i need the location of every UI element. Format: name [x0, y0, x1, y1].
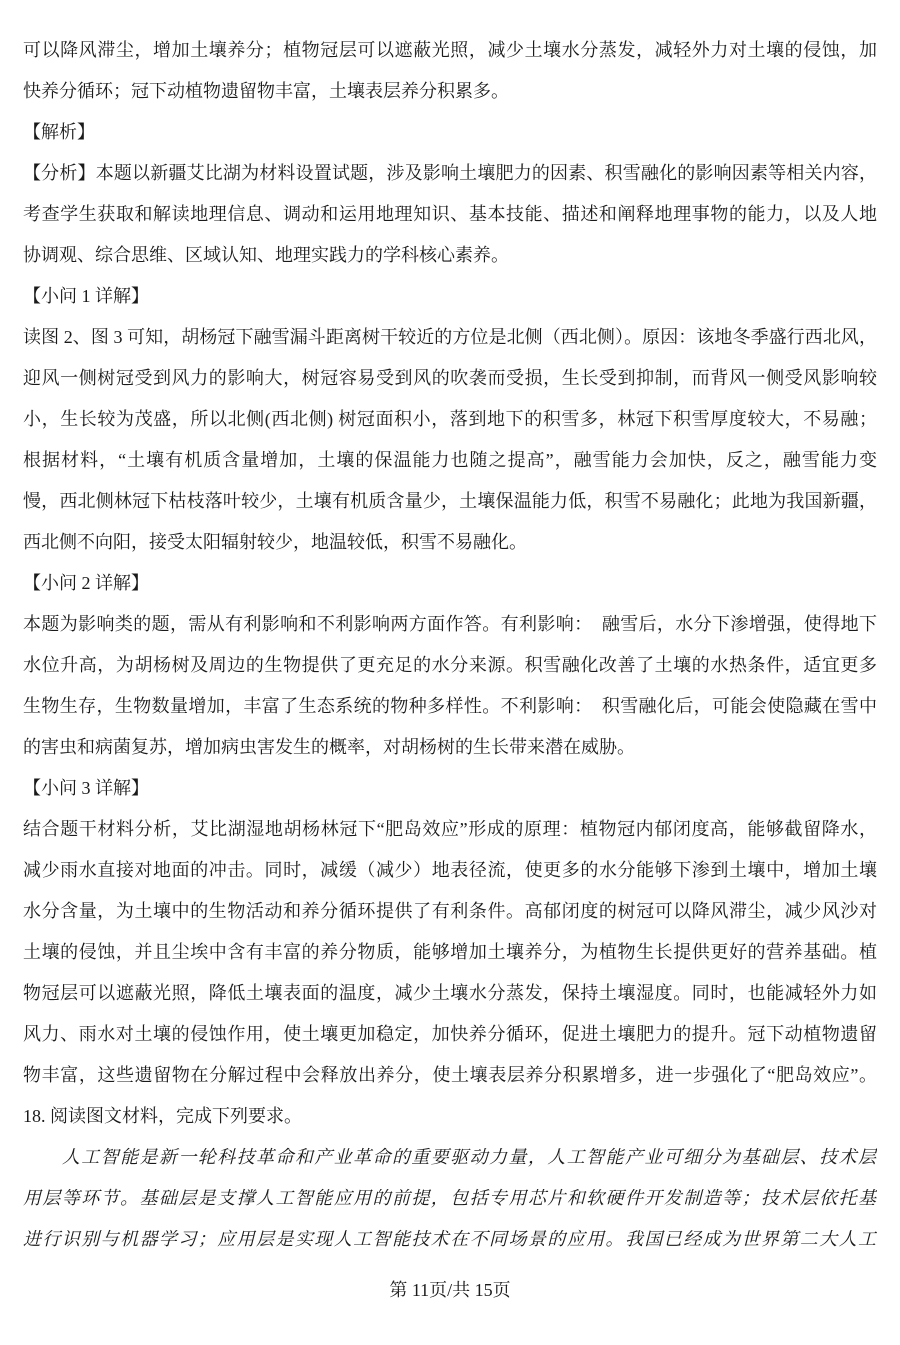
- text-line: 迎风一侧树冠受到风力的影响大，树冠容易受到风的吹袭而受损，生长受到抑制，而背风一…: [23, 358, 877, 399]
- document-page: 可以降风滞尘，增加土壤养分；植物冠层可以遮蔽光照，减少土壤水分蒸发，减轻外力对土…: [0, 0, 900, 1345]
- text-line: 物冠层可以遮蔽光照，降低土壤表面的温度，减少土壤水分蒸发，保持土壤湿度。同时，也…: [23, 973, 877, 1014]
- text-line: 【小问 1 详解】: [23, 276, 877, 317]
- text-line: 西北侧不向阳，接受太阳辐射较少，地温较低，积雪不易融化。: [23, 522, 877, 563]
- text-line: 协调观、综合思维、区域认知、地理实践力的学科核心素养。: [23, 235, 877, 276]
- text-line: 考查学生获取和解读地理信息、调动和运用地理知识、基本技能、描述和阐释地理事物的能…: [23, 194, 877, 235]
- text-line: 【小问 2 详解】: [23, 563, 877, 604]
- text-line: 结合题干材料分析，艾比湖湿地胡杨林冠下“肥岛效应”形成的原理：植物冠内郁闭度高，…: [23, 809, 877, 850]
- text-line: 减少雨水直接对地面的冲击。同时，减缓（减少）地表径流，使更多的水分能够下渗到土壤…: [23, 850, 877, 891]
- text-line: 本题为影响类的题，需从有利影响和不利影响两方面作答。有利影响： 融雪后，水分下渗…: [23, 604, 877, 645]
- text-line: 人工智能是新一轮科技革命和产业革命的重要驱动力量，人工智能产业可细分为基础层、技…: [23, 1137, 877, 1178]
- document-text-block: 可以降风滞尘，增加土壤养分；植物冠层可以遮蔽光照，减少土壤水分蒸发，减轻外力对土…: [23, 30, 877, 1260]
- text-line: 水位升高，为胡杨树及周边的生物提供了更充足的水分来源。积雪融化改善了土壤的水热条…: [23, 645, 877, 686]
- text-line: 风力、雨水对土壤的侵蚀作用，使土壤更加稳定，加快养分循环，促进土壤肥力的提升。冠…: [23, 1014, 877, 1055]
- text-line: 快养分循环；冠下动植物遗留物丰富，土壤表层养分积累多。: [23, 71, 877, 112]
- text-line: 慢，西北侧林冠下枯枝落叶较少，土壤有机质含量少，土壤保温能力低，积雪不易融化；此…: [23, 481, 877, 522]
- text-line: 读图 2、图 3 可知，胡杨冠下融雪漏斗距离树干较近的方位是北侧（西北侧）。原因…: [23, 317, 877, 358]
- text-line: 可以降风滞尘，增加土壤养分；植物冠层可以遮蔽光照，减少土壤水分蒸发，减轻外力对土…: [23, 30, 877, 71]
- text-line: 土壤的侵蚀，并且尘埃中含有丰富的养分物质，能够增加土壤养分，为植物生长提供更好的…: [23, 932, 877, 973]
- page-number-footer: 第 11页/共 15页: [0, 1277, 900, 1303]
- text-line: 生物生存，生物数量增加，丰富了生态系统的物种多样性。不利影响： 积雪融化后，可能…: [23, 686, 877, 727]
- text-line: 【小问 3 详解】: [23, 768, 877, 809]
- text-line: 进行识别与机器学习；应用层是实现人工智能技术在不同场景的应用。我国已经成为世界第…: [23, 1219, 877, 1260]
- text-line: 的害虫和病菌复苏，增加病虫害发生的概率，对胡杨树的生长带来潜在威胁。: [23, 727, 877, 768]
- text-line: 18. 阅读图文材料，完成下列要求。: [23, 1096, 877, 1137]
- text-line: 物丰富，这些遗留物在分解过程中会释放出养分，使土壤表层养分积累增多，进一步强化了…: [23, 1055, 877, 1096]
- text-line: 【解析】: [23, 112, 877, 153]
- text-line: 根据材料，“土壤有机质含量增加，土壤的保温能力也随之提高”，融雪能力会加快，反之…: [23, 440, 877, 481]
- text-line: 小，生长较为茂盛，所以北侧(西北侧) 树冠面积小，落到地下的积雪多，林冠下积雪厚…: [23, 399, 877, 440]
- text-line: 水分含量，为土壤中的生物活动和养分循环提供了有利条件。高郁闭度的树冠可以降风滞尘…: [23, 891, 877, 932]
- text-line: 用层等环节。基础层是支撑人工智能应用的前提，包括专用芯片和软硬件开发制造等；技术…: [23, 1178, 877, 1219]
- text-line: 【分析】本题以新疆艾比湖为材料设置试题，涉及影响土壤肥力的因素、积雪融化的影响因…: [23, 153, 877, 194]
